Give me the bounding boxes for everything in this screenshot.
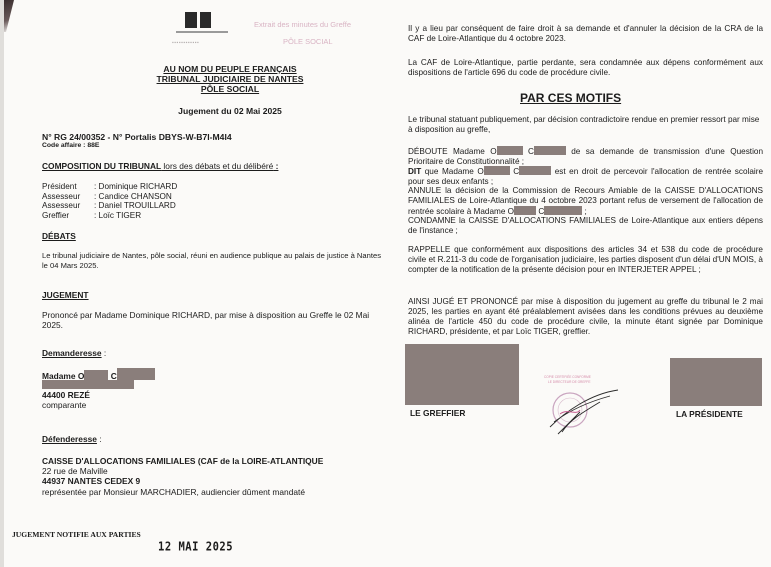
dispositif-annule: ANNULE la décision de la Commission de R… — [408, 186, 763, 217]
text: que conformément aux dispositions des ar… — [408, 245, 763, 274]
keyword: ANNULE — [408, 186, 441, 195]
redacted-block — [497, 146, 523, 155]
paragraph-depens: La CAF de Loire-Atlantique, partie perda… — [408, 58, 763, 78]
demanderesse-label: Demanderesse — [42, 348, 102, 358]
composition-heading-bold: COMPOSITION DU TRIBUNAL — [42, 161, 161, 171]
court-seal-icon: COPIE CERTIFIÉE CONFORME LE DIRECTEUR DE… — [540, 372, 620, 437]
motifs-heading: PAR CES MOTIFS — [520, 91, 621, 105]
demanderesse-status: comparante — [42, 400, 86, 410]
greffier-label: LE GREFFIER — [410, 408, 465, 418]
defenderesse-label: Défenderesse — [42, 434, 97, 444]
notification-date: 12 MAI 2025 — [158, 540, 233, 554]
judgment-date: Jugement du 02 Mai 2025 — [100, 106, 360, 116]
member-row: Président: Dominique RICHARD — [42, 182, 177, 192]
text: que Madame O — [421, 167, 484, 176]
defenderesse-representative: représentée par Monsieur MARCHADIER, aud… — [42, 487, 305, 497]
document-title: AU NOM DU PEUPLE FRANÇAIS TRIBUNAL JUDIC… — [100, 64, 360, 94]
title-line-2: TRIBUNAL JUDICIAIRE DE NANTES — [100, 74, 360, 84]
ainsi-juge: AINSI JUGÉ ET PRONONCÉ par mise à dispos… — [408, 297, 763, 337]
keyword: AINSI JUGÉ ET PRONONCÉ — [408, 297, 518, 306]
jugement-heading: JUGEMENT — [42, 290, 89, 300]
member-role: Assesseur — [42, 192, 94, 202]
greffe-stamp-line-2: PÔLE SOCIAL — [283, 37, 333, 46]
heading-colon: : — [102, 348, 107, 358]
keyword: CONDAMNE — [408, 216, 456, 225]
defenderesse-name: CAISSE D'ALLOCATIONS FAMILIALES (CAF de … — [42, 456, 323, 466]
member-name: : Daniel TROUILLARD — [94, 201, 176, 211]
demanderesse-city: 44400 REZÉ — [42, 390, 90, 400]
redacted-block — [84, 370, 108, 380]
case-number: N° RG 24/00352 - N° Portalis DBYS-W-B7I-… — [42, 132, 232, 142]
text: Madame O — [448, 147, 497, 156]
redacted-block — [544, 206, 582, 215]
keyword: RAPPELLE — [408, 245, 450, 254]
redacted-block — [519, 166, 551, 175]
title-line-3: PÔLE SOCIAL — [100, 84, 360, 94]
composition-heading-rest: lors des débats et du délibéré — [161, 161, 273, 171]
member-row: Greffier: Loïc TIGER — [42, 211, 177, 221]
page-edge — [0, 0, 4, 567]
redacted-block — [117, 368, 155, 380]
paragraph-cra: Il y a lieu par conséquent de faire droi… — [408, 24, 763, 44]
redacted-block — [484, 166, 510, 175]
logo-caption-rule — [176, 31, 228, 37]
redacted-block — [514, 206, 536, 215]
defenderesse-city: 44937 NANTES CEDEX 9 — [42, 476, 140, 486]
dispositif-condamne: CONDAMNE la CAISSE D'ALLOCATIONS FAMILIA… — [408, 216, 763, 236]
presidente-label: LA PRÉSIDENTE — [676, 409, 743, 419]
member-name: : Dominique RICHARD — [94, 182, 177, 192]
member-name: : Loïc TIGER — [94, 211, 141, 221]
page-curl-shadow — [4, 0, 14, 32]
keyword: DÉBOUTE — [408, 147, 448, 156]
case-code: Code affaire : 88E — [42, 142, 99, 149]
logo-subcaption: ▪▪▪▪▪▪▪▪▪▪▪▪ — [172, 40, 199, 46]
greffier-signature-redacted — [405, 344, 519, 405]
demanderesse-heading: Demanderesse : — [42, 348, 106, 358]
composition-heading: COMPOSITION DU TRIBUNAL lors des débats … — [42, 161, 278, 171]
presidente-signature-redacted — [670, 358, 762, 406]
text: ; — [585, 207, 587, 216]
greffe-stamp-line-1: Extrait des minutes du Greffe — [254, 20, 351, 29]
paragraph-statuant: Le tribunal statuant publiquement, par d… — [408, 115, 763, 135]
redacted-block — [534, 146, 566, 155]
dispositif-deboute: DÉBOUTE Madame O C de sa demande de tran… — [408, 146, 763, 167]
tribunal-members: Président: Dominique RICHARD Assesseur: … — [42, 182, 177, 220]
debats-heading: DÉBATS — [42, 231, 76, 241]
member-row: Assesseur: Candice CHANSON — [42, 192, 177, 202]
member-role: Président — [42, 182, 94, 192]
heading-colon: : — [97, 434, 102, 444]
composition-heading-suffix: : — [273, 161, 278, 171]
text: la CAISSE D'ALLOCATIONS FAMILIALES de Lo… — [408, 216, 763, 235]
debats-text: Le tribunal judiciaire de Nantes, pôle s… — [42, 251, 382, 271]
defenderesse-heading: Défenderesse : — [42, 434, 102, 444]
member-role: Greffier — [42, 211, 94, 221]
defenderesse-street: 22 rue de Malville — [42, 466, 108, 476]
notification-label: JUGEMENT NOTIFIE AUX PARTIES — [12, 530, 141, 539]
seal-text-2: LE DIRECTEUR DE GREFFE — [548, 380, 591, 384]
title-line-1: AU NOM DU PEUPLE FRANÇAIS — [100, 64, 360, 74]
member-name: : Candice CHANSON — [94, 192, 172, 202]
dispositif-rappelle: RAPPELLE que conformément aux dispositio… — [408, 245, 763, 275]
jugement-text: Prononcé par Madame Dominique RICHARD, p… — [42, 310, 387, 330]
member-role: Assesseur — [42, 201, 94, 211]
dispositif-dit: DIT que Madame O C est en droit de perce… — [408, 166, 763, 187]
member-row: Assesseur: Daniel TROUILLARD — [42, 201, 177, 211]
redacted-address — [42, 380, 134, 389]
marianne-logo-icon — [185, 12, 215, 28]
keyword: DIT — [408, 167, 421, 176]
seal-text-1: COPIE CERTIFIÉE CONFORME — [544, 374, 591, 379]
